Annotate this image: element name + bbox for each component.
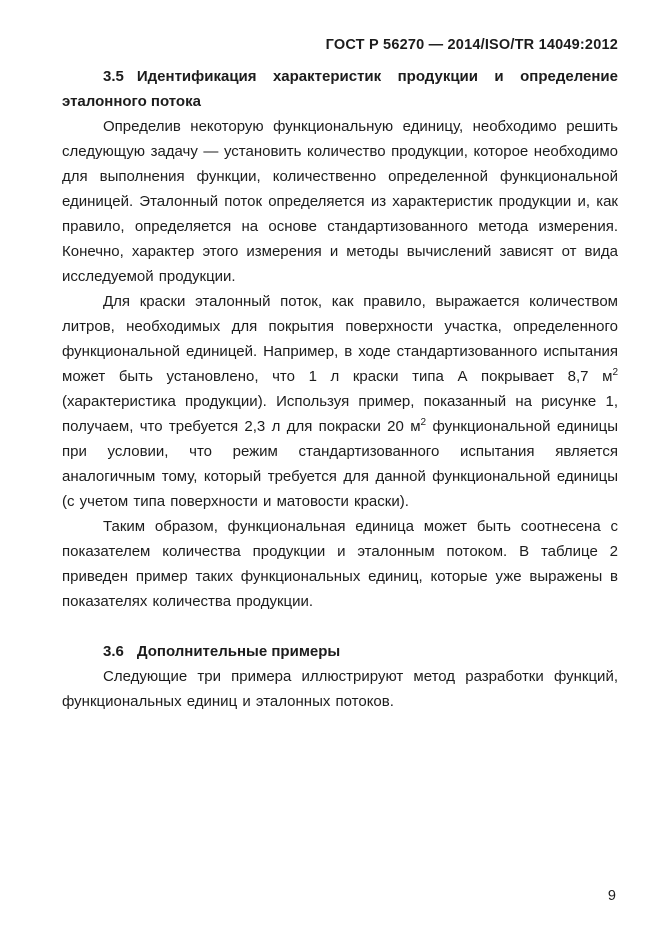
paragraph-reference-flow-definition: Определив некоторую функциональную едини… (62, 114, 618, 289)
paragraph-paint-example: Для краски эталонный поток, как правило,… (62, 289, 618, 514)
paragraph-functional-unit-relation: Таким образом, функциональная единица мо… (62, 514, 618, 614)
section-3-6-heading: 3.6Дополнительные примеры (62, 639, 618, 664)
paragraph-additional-examples-intro: Следующие три примера иллюстрируют метод… (62, 664, 618, 714)
paint-example-part-1: Для краски эталонный поток, как правило,… (62, 293, 618, 385)
document-header: ГОСТ Р 56270 — 2014/ISO/TR 14049:2012 (62, 36, 618, 54)
section-3-5: 3.5Идентификация характеристик продукции… (62, 64, 618, 614)
section-3-6: 3.6Дополнительные примеры Следующие три … (62, 639, 618, 714)
section-3-6-number: 3.6 (103, 643, 124, 660)
section-3-5-number: 3.5 (103, 68, 124, 85)
document-page: ГОСТ Р 56270 — 2014/ISO/TR 14049:2012 3.… (0, 0, 662, 935)
page-number: 9 (608, 887, 616, 905)
section-3-5-heading: 3.5Идентификация характеристик продукции… (62, 64, 618, 114)
section-3-5-title: Идентификация характеристик продукции и … (62, 68, 618, 110)
section-3-6-title: Дополнительные примеры (137, 643, 340, 660)
superscript-square-meter-1: 2 (612, 367, 618, 378)
